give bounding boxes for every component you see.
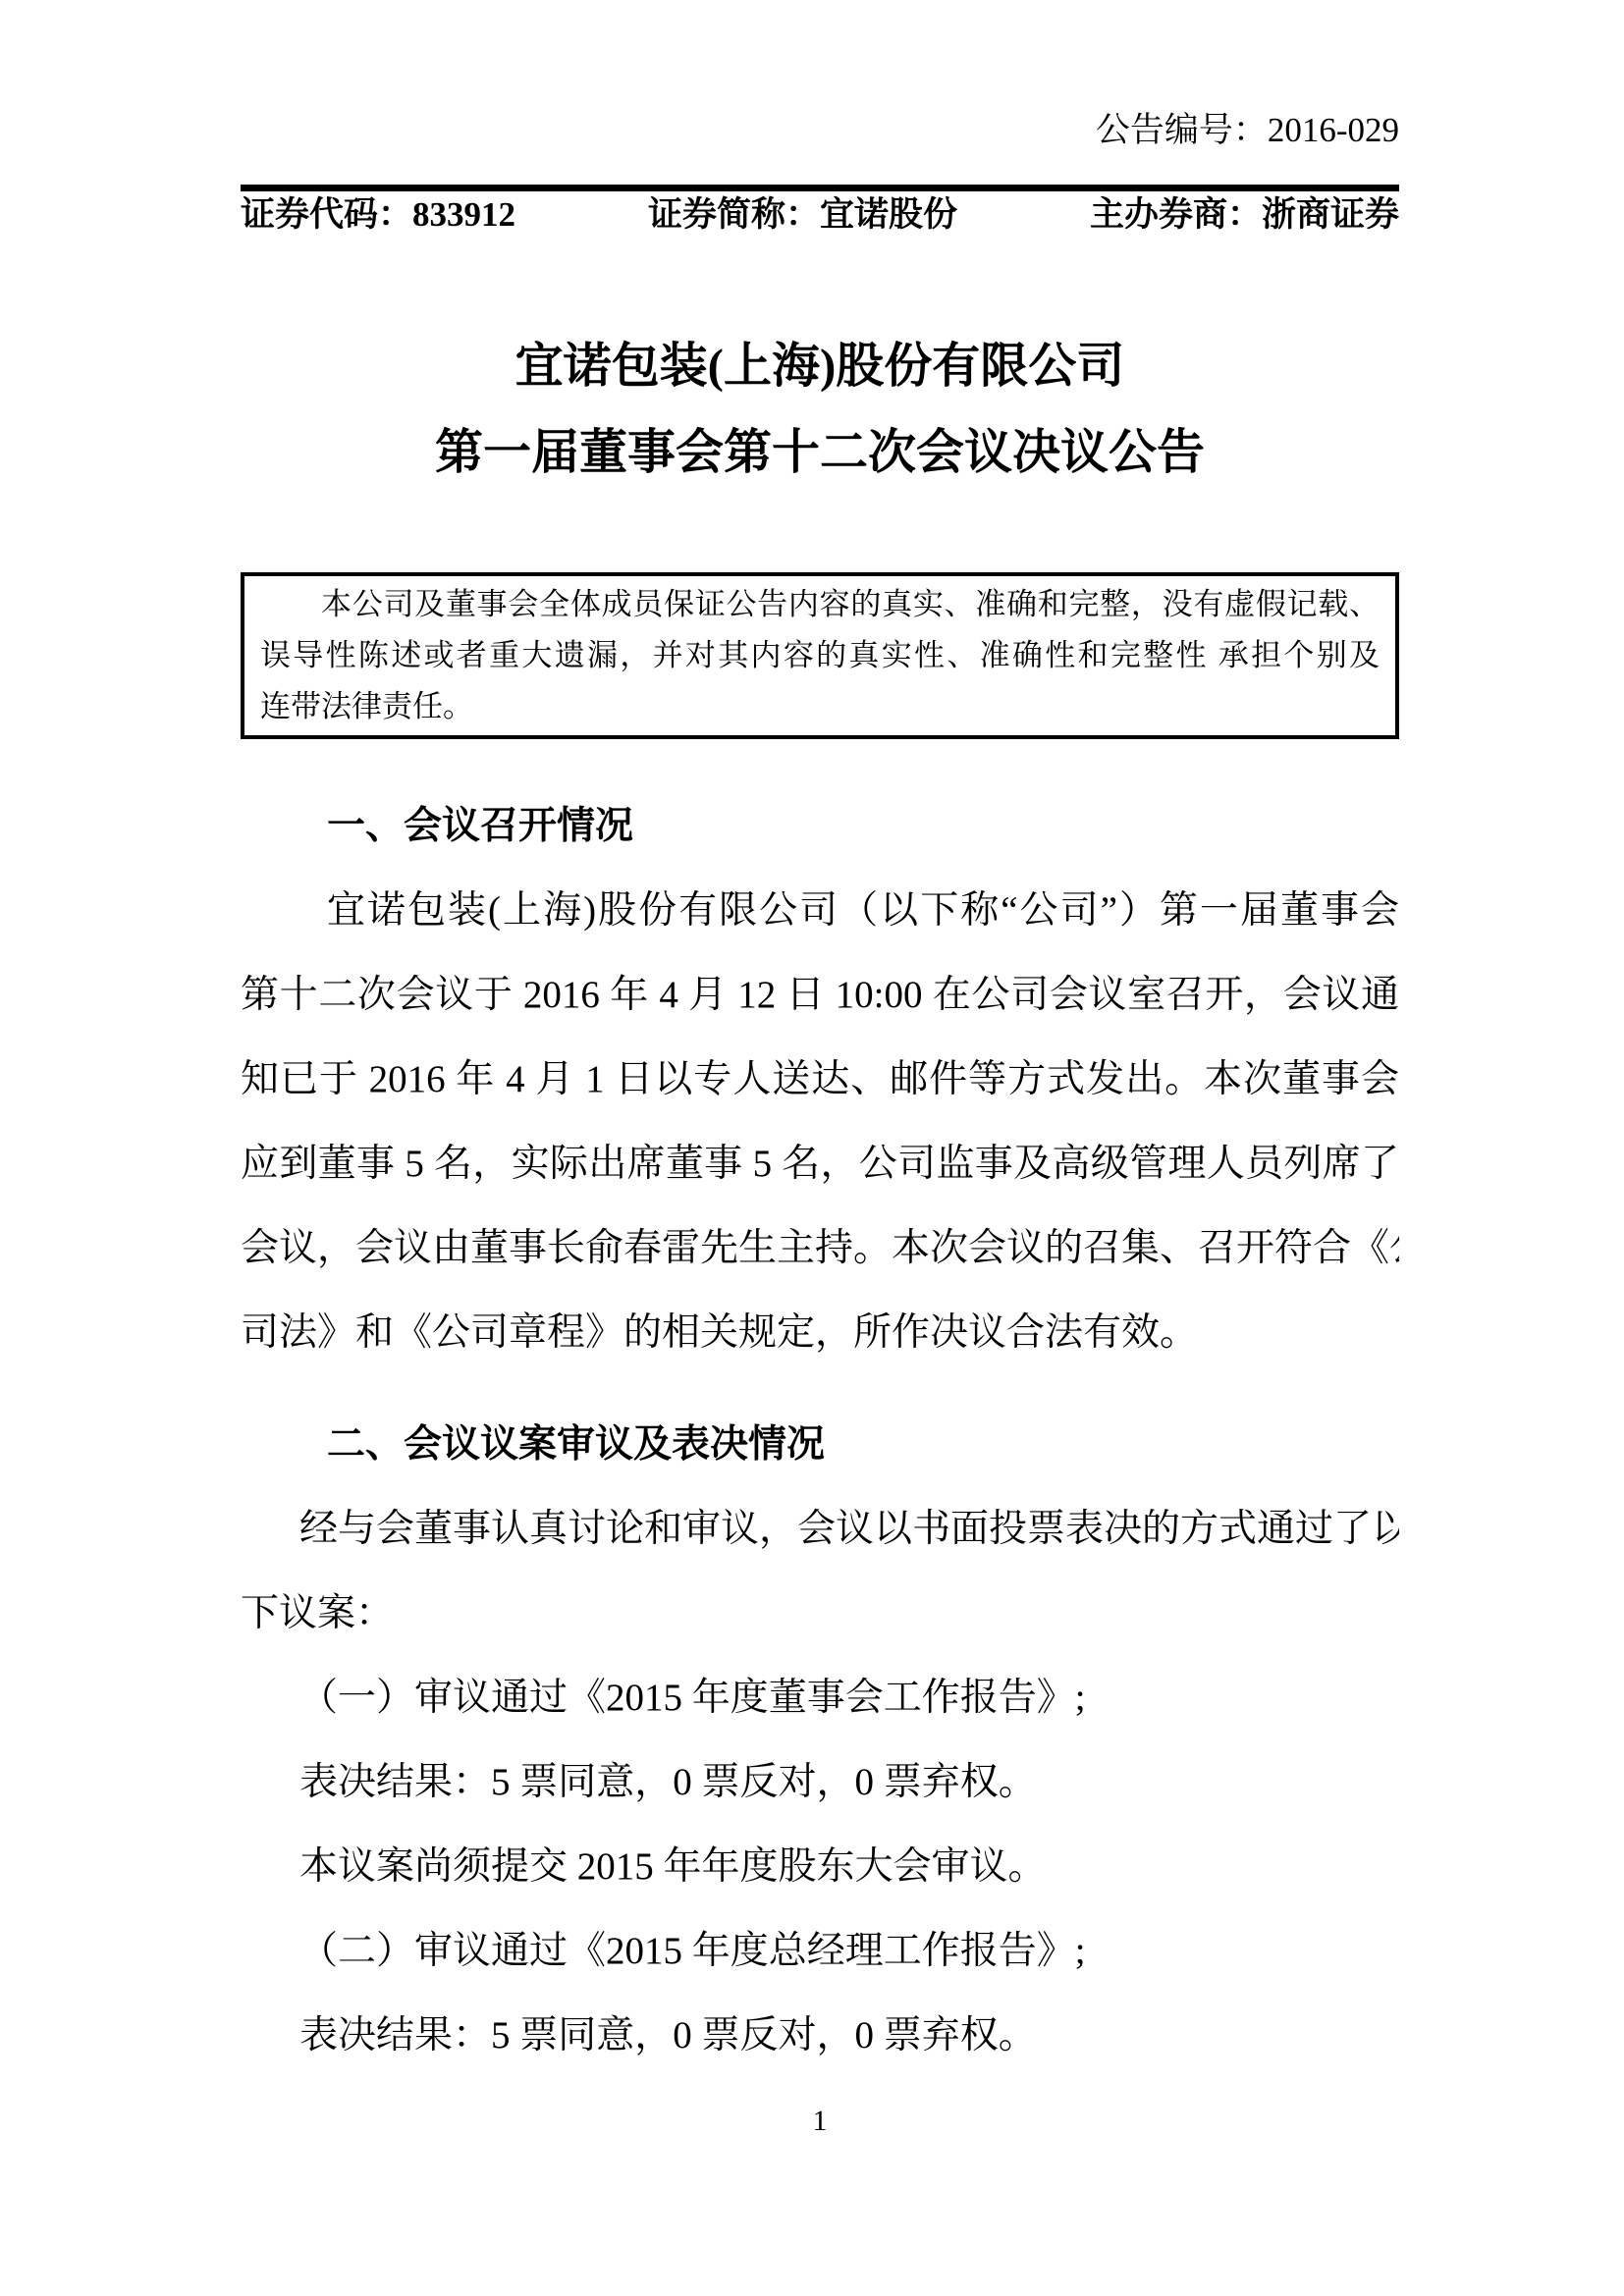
header-divider (241, 185, 1399, 191)
disclaimer-line: 本公司及董事会全体成员保证公告内容的真实、准确和完整，没有虚假记载、 (260, 579, 1380, 630)
section-1-heading: 一、会议召开情况 (241, 784, 1399, 869)
document-title-line1: 宜诺包装(上海)股份有限公司 (241, 323, 1399, 409)
page-number: 1 (241, 2104, 1399, 2139)
document-title: 宜诺包装(上海)股份有限公司 第一届董事会第十二次会议决议公告 (241, 323, 1399, 496)
announcement-number: 公告编号：2016-029 (241, 0, 1399, 151)
body-line: 下议案： (241, 1572, 1399, 1656)
vote-result-line: 表决结果：5 票同意，0 票反对，0 票弃权。 (241, 1994, 1399, 2078)
resolution-item: （二）审议通过《2015 年度总经理工作报告》; (241, 1909, 1399, 1994)
document-page: 公告编号：2016-029 证券代码：833912 证券简称：宜诺股份 主办券商… (0, 0, 1624, 2296)
document-title-line2: 第一届董事会第十二次会议决议公告 (241, 409, 1399, 496)
securities-header-row: 证券代码：833912 证券简称：宜诺股份 主办券商：浙商证券 (241, 191, 1399, 239)
section-2-heading: 二、会议议案审议及表决情况 (241, 1403, 1399, 1487)
vote-result-line: 表决结果：5 票同意，0 票反对，0 票弃权。 (241, 1740, 1399, 1825)
body-line: 第十二次会议于 2016 年 4 月 12 日 10:00 在公司会议室召开，会… (241, 953, 1399, 1038)
body-line: 知已于 2016 年 4 月 1 日以专人送达、邮件等方式发出。本次董事会 (241, 1038, 1399, 1122)
body-line: 司法》和《公司章程》的相关规定，所作决议合法有效。 (241, 1291, 1399, 1375)
stock-code: 证券代码：833912 (241, 191, 515, 239)
stock-short-name: 证券简称：宜诺股份 (648, 191, 957, 239)
disclaimer-line: 误导性陈述或者重大遗漏，并对其内容的真实性、准确性和完整性 承担个别及 (260, 630, 1380, 681)
lead-broker: 主办券商：浙商证券 (1090, 191, 1399, 239)
resolution-item: （一）审议通过《2015 年度董事会工作报告》; (241, 1656, 1399, 1740)
body-line: 宜诺包装(上海)股份有限公司（以下称“公司”）第一届董事会 (241, 869, 1399, 953)
body-line: 经与会董事认真讨论和审议，会议以书面投票表决的方式通过了以 (241, 1487, 1399, 1572)
disclaimer-box: 本公司及董事会全体成员保证公告内容的真实、准确和完整，没有虚假记载、 误导性陈述… (241, 572, 1399, 739)
body-line: 会议，会议由董事长俞春雷先生主持。本次会议的召集、召开符合《公 (241, 1206, 1399, 1291)
body-line: 本议案尚须提交 2015 年年度股东大会审议。 (241, 1825, 1399, 1909)
body-line: 应到董事 5 名，实际出席董事 5 名，公司监事及高级管理人员列席了 (241, 1122, 1399, 1206)
disclaimer-line: 连带法律责任。 (260, 681, 1380, 732)
document-body: 一、会议召开情况 宜诺包装(上海)股份有限公司（以下称“公司”）第一届董事会 第… (241, 784, 1399, 2078)
